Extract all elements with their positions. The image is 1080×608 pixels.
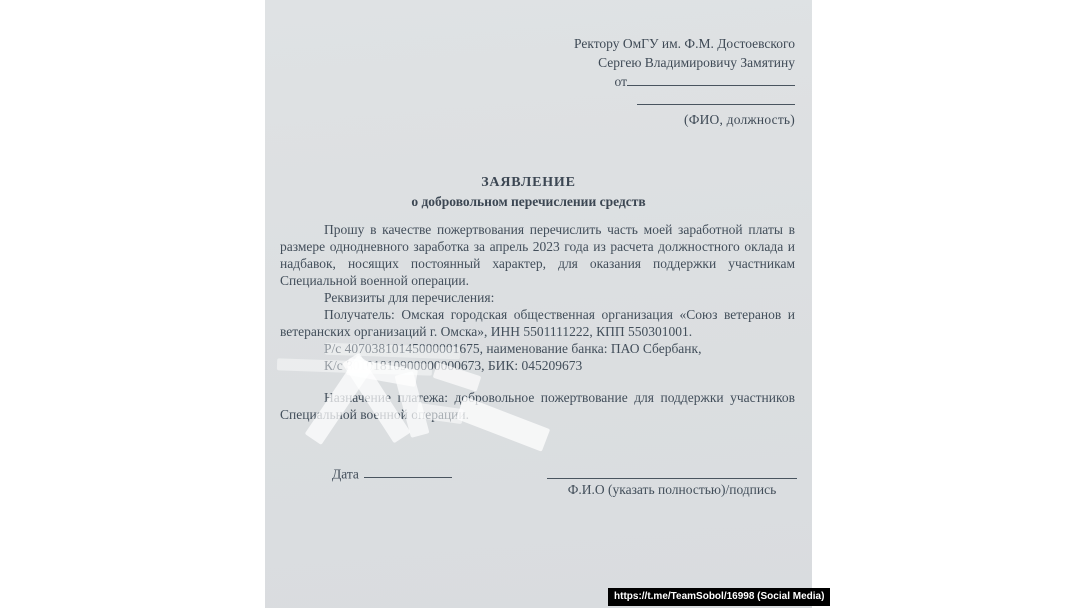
from-label: от xyxy=(615,74,627,89)
settlement-account-line: Р/с 40703810145000001675, наименование б… xyxy=(280,340,795,357)
requisites-heading: Реквизиты для перечисления: xyxy=(280,289,795,306)
correspondent-account-line: К/с 30101810900000000673, БИК: 045209673 xyxy=(280,357,795,374)
document-body: Прошу в качестве пожертвования перечисли… xyxy=(280,221,795,423)
document-subtitle: о добровольном перечислении средств xyxy=(265,192,792,211)
paragraph-recipient: Получатель: Омская городская общественна… xyxy=(280,306,795,340)
fio-caption: (ФИО, должность) xyxy=(574,110,795,129)
paragraph-payment-purpose: Назначение платежа: добровольное пожертв… xyxy=(280,389,795,423)
date-label: Дата xyxy=(332,466,359,481)
addressee-block: Ректору ОмГУ им. Ф.М. Достоевского Серге… xyxy=(574,34,795,129)
document-title: ЗАЯВЛЕНИЕ xyxy=(265,174,792,192)
date-underline xyxy=(364,466,452,478)
signature-row: Дата Ф.И.О (указать полностью)/подпись xyxy=(280,466,797,498)
signature-field: Ф.И.О (указать полностью)/подпись xyxy=(547,466,797,498)
scanned-document-page: Ректору ОмГУ им. Ф.М. Достоевского Серге… xyxy=(265,0,812,608)
signature-underline xyxy=(547,466,797,479)
from-underline xyxy=(627,74,795,86)
paragraph-request: Прошу в качестве пожертвования перечисли… xyxy=(280,221,795,289)
name-underline xyxy=(637,93,795,105)
addressee-line-1: Ректору ОмГУ им. Ф.М. Достоевского xyxy=(574,34,795,53)
date-field: Дата xyxy=(332,466,452,482)
name-line xyxy=(574,91,795,110)
signature-caption: Ф.И.О (указать полностью)/подпись xyxy=(547,481,797,498)
screenshot-canvas: Ректору ОмГУ им. Ф.М. Достоевского Серге… xyxy=(0,0,1080,608)
title-block: ЗАЯВЛЕНИЕ о добровольном перечислении ср… xyxy=(265,174,792,211)
addressee-line-2: Сергею Владимировичу Замятину xyxy=(574,53,795,72)
from-line: от xyxy=(574,72,795,91)
source-caption: https://t.me/TeamSobol/16998 (Social Med… xyxy=(608,588,830,606)
